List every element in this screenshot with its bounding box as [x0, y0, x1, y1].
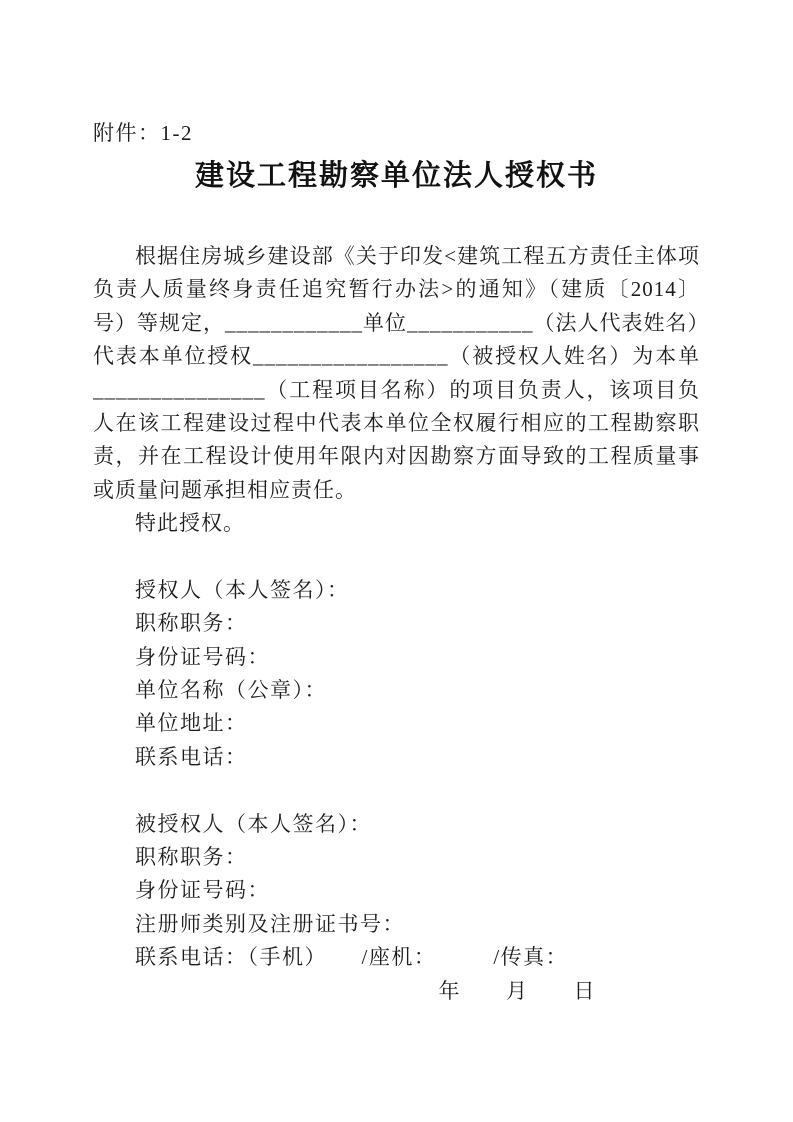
unit-name-label: 单位名称（公章）： — [93, 674, 700, 707]
paragraph-line: _______________（工程项目名称）的项目负责人，该项目负责 — [93, 374, 700, 407]
registration-cert-label: 注册师类别及注册证书号： — [93, 908, 700, 941]
authorizee-phone-fax-label: 联系电话：（手机） /座机： /传真： — [93, 941, 700, 974]
paragraph-line: 号）等规定，____________单位___________（法人代表姓名） — [93, 307, 700, 340]
authorizer-section: 授权人（本人签名）： 职称职务： 身份证号码： 单位名称（公章）： 单位地址： … — [93, 574, 700, 774]
document-title: 建设工程勘察单位法人授权书 — [93, 159, 700, 194]
paragraph-line: 人在该工程建设过程中代表本单位全权履行相应的工程勘察职 — [93, 407, 700, 440]
paragraph-line: 责，并在工程设计使用年限内对因勘察方面导致的工程质量事故 — [93, 440, 700, 473]
authorizee-id-label: 身份证号码： — [93, 874, 700, 907]
authorizee-section: 被授权人（本人签名）： 职称职务： 身份证号码： 注册师类别及注册证书号： 联系… — [93, 808, 700, 975]
authorizer-title-label: 职称职务： — [93, 607, 700, 640]
authorizee-title-label: 职称职务： — [93, 841, 700, 874]
attachment-label: 附件：1-2 — [93, 122, 700, 144]
authorizer-phone-label: 联系电话： — [93, 741, 700, 774]
unit-address-label: 单位地址： — [93, 707, 700, 740]
document-page: 附件：1-2 建设工程勘察单位法人授权书 根据住房城乡建设部《关于印发<建筑工程… — [0, 0, 793, 1122]
closing-line: 特此授权。 — [93, 507, 700, 540]
authorizee-signature-label: 被授权人（本人签名）： — [93, 808, 700, 841]
authorizer-id-label: 身份证号码： — [93, 641, 700, 674]
date-line: 年 月 日 — [93, 975, 700, 1008]
paragraph-line: 代表本单位授权_________________（被授权人姓名）为本单位 — [93, 340, 700, 373]
paragraph-line: 根据住房城乡建设部《关于印发<建筑工程五方责任主体项目 — [93, 240, 700, 273]
main-paragraph: 根据住房城乡建设部《关于印发<建筑工程五方责任主体项目 负责人质量终身责任追究暂… — [93, 240, 700, 541]
paragraph-line: 或质量问题承担相应责任。 — [93, 474, 700, 507]
paragraph-line: 负责人质量终身责任追究暂行办法>的通知》（建质〔2014〕124 — [93, 273, 700, 306]
authorizer-signature-label: 授权人（本人签名）： — [93, 574, 700, 607]
